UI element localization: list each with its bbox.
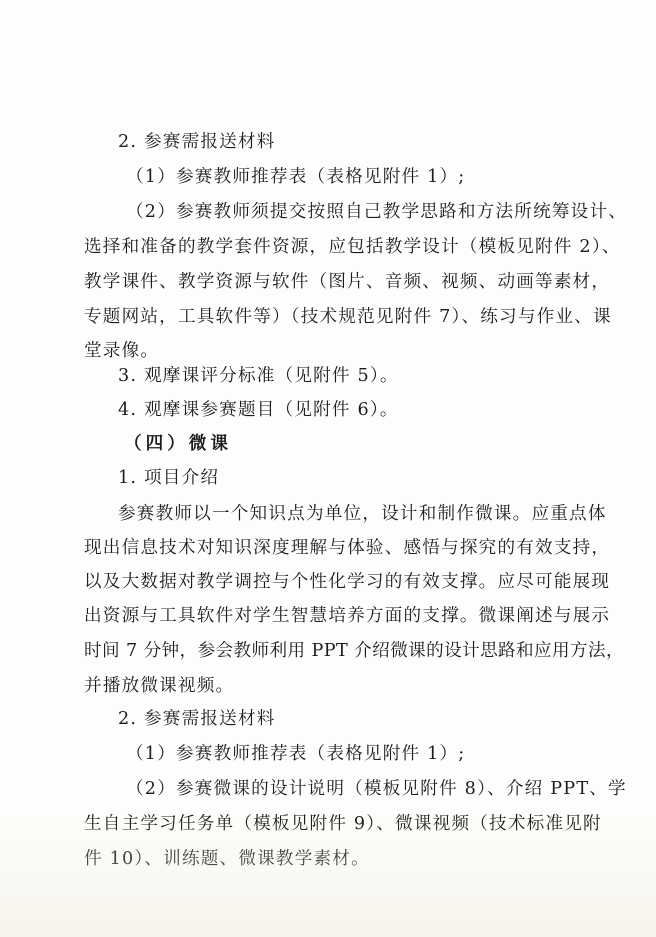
section-heading-topics: 4. 观摩课参赛题目（见附件 6）。	[118, 399, 604, 421]
paragraph-line: 件 10）、训练题、微课教学素材。	[84, 848, 570, 870]
paragraph-line: 并播放微课视频。	[84, 675, 570, 697]
section-heading-micro-course: （四）微课	[124, 433, 610, 455]
paragraph-line: 选择和准备的教学套件资源，应包括教学设计（模板见附件 2）、	[84, 236, 572, 258]
list-item-design-description: （2）参赛微课的设计说明（模板见附件 8）、介绍 PPT、学	[126, 778, 572, 800]
paragraph-line: 时间 7 分钟，参会教师利用 PPT 介绍微课的设计思路和应用方法，	[84, 640, 572, 662]
list-item-recommendation-form: （1）参赛教师推荐表（表格见附件 1）;	[126, 166, 612, 188]
section-heading-submission-materials-2: 2. 参赛需报送材料	[118, 708, 604, 730]
scan-stain	[0, 817, 656, 937]
paragraph-line: 教学课件、教学资源与软件（图片、音频、视频、动画等素材，	[84, 271, 572, 293]
paragraph-line: 专题网站，工具软件等）（技术规范见附件 7）、练习与作业、课	[84, 306, 572, 328]
section-heading-scoring-standard: 3. 观摩课评分标准（见附件 5）。	[118, 365, 604, 387]
list-item-recommendation-form-2: （1）参赛教师推荐表（表格见附件 1）;	[126, 743, 612, 765]
paragraph-line: 生自主学习任务单（模板见附件 9）、微课视频（技术标准见附	[84, 813, 572, 835]
section-heading-project-intro: 1. 项目介绍	[118, 467, 604, 489]
paragraph-line: 以及大数据对教学调控与个性化学习的有效支撑。应尽可能展现	[84, 571, 572, 593]
paragraph-line: 现出信息技术对知识深度理解与体验、感悟与探究的有效支持，	[84, 537, 572, 559]
paragraph-line: 参赛教师以一个知识点为单位，设计和制作微课。应重点体	[118, 503, 572, 525]
list-item-teaching-kit: （2）参赛教师须提交按照自己教学思路和方法所统筹设计、	[126, 201, 572, 223]
section-heading-submission-materials: 2. 参赛需报送材料	[118, 131, 604, 153]
paragraph-line: 堂录像。	[84, 340, 570, 362]
paragraph-line: 出资源与工具软件对学生智慧培养方面的支撑。微课阐述与展示	[84, 605, 572, 627]
